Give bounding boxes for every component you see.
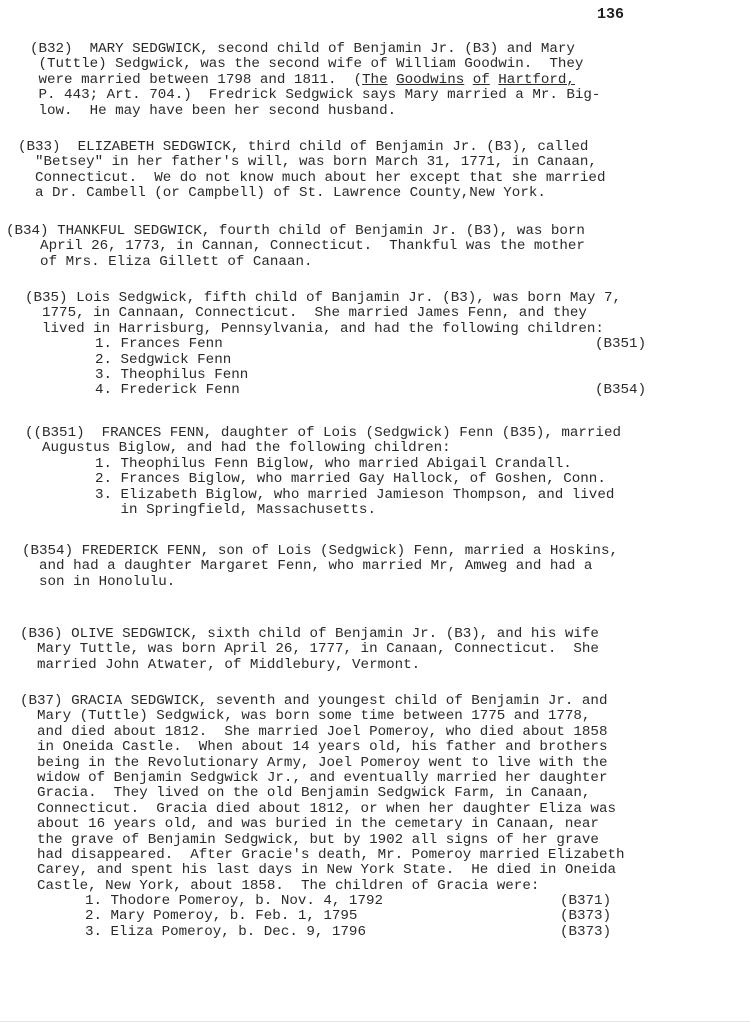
text-line: (B33) ELIZABETH SEDGWICK, third child of… — [18, 140, 605, 155]
text-line: (Tuttle) Sedgwick, was the second wife o… — [30, 57, 750, 72]
child-name: 1. Thodore Pomeroy, b. Nov. 4, 1792 — [85, 893, 383, 909]
text-line: being in the Revolutionary Army, Joel Po… — [20, 756, 625, 771]
text-line: a Dr. Cambell (or Campbell) of St. Lawre… — [18, 186, 605, 201]
text-line: (B354) FREDERICK FENN, son of Lois (Sedg… — [22, 544, 618, 559]
child-list-item: 3. Eliza Pomeroy, b. Dec. 9, 1796(B373) — [20, 925, 625, 940]
text-line: low. He may have been her second husband… — [30, 104, 750, 119]
text-line: Connecticut. We do not know much about h… — [18, 171, 605, 186]
entry-b34: (B34) THANKFUL SEDGWICK, fourth child of… — [6, 224, 585, 270]
entry-b32: (B32) MARY SEDGWICK, second child of Ben… — [30, 42, 750, 119]
text-line: married John Atwater, of Middlebury, Ver… — [20, 658, 599, 673]
child-list-item: 2. Frances Biglow, who married Gay Hallo… — [25, 472, 621, 487]
citation-title-word: of — [473, 72, 490, 88]
text-line: the grave of Benjamin Sedgwick, but by 1… — [20, 833, 625, 848]
entry-b351: ((B351) FRANCES FENN, daughter of Lois (… — [25, 426, 621, 518]
entry-b35: (B35) Lois Sedgwick, fifth child of Banj… — [25, 291, 621, 399]
entry-b37: (B37) GRACIA SEDGWICK, seventh and young… — [20, 694, 625, 940]
text-line: in Oneida Castle. When about 14 years ol… — [20, 740, 625, 755]
citation-title-word: Hartford, — [498, 72, 575, 88]
text-line: widow of Benjamin Sedgwick Jr., and even… — [20, 771, 625, 786]
child-list-item: 4. Frederick Fenn(B354) — [25, 383, 621, 398]
text-line: Mary (Tuttle) Sedgwick, was born some ti… — [20, 709, 625, 724]
text-line: Connecticut. Gracia died about 1812, or … — [20, 802, 625, 817]
text-line: (B35) Lois Sedgwick, fifth child of Banj… — [25, 291, 621, 306]
child-list-item: 3. Elizabeth Biglow, who married Jamieso… — [25, 488, 621, 503]
child-reference-code: (B371) — [560, 894, 611, 909]
citation-title-word: The — [362, 72, 388, 88]
text-line: Mary Tuttle, was born April 26, 1777, in… — [20, 642, 599, 657]
text-line: of Mrs. Eliza Gillett of Canaan. — [6, 255, 585, 270]
text-line: Carey, and spent his last days in New Yo… — [20, 863, 625, 878]
text-line: "Betsey" in her father's will, was born … — [18, 155, 605, 170]
child-name: 2. Frances Biglow, who married Gay Hallo… — [95, 471, 606, 487]
entry-b354: (B354) FREDERICK FENN, son of Lois (Sedg… — [22, 544, 618, 590]
child-name: 2. Sedgwick Fenn — [95, 352, 231, 368]
text-line: (B32) MARY SEDGWICK, second child of Ben… — [30, 42, 750, 57]
text-line: 1775, in Cannaan, Connecticut. She marri… — [25, 306, 621, 321]
page-number: 136 — [597, 6, 624, 23]
child-list-item: 1. Frances Fenn(B351) — [25, 337, 621, 352]
child-name: 3. Theophilus Fenn — [95, 367, 248, 383]
child-name: in Springfield, Massachusetts. — [95, 502, 376, 518]
child-reference-code: (B373) — [560, 925, 611, 940]
text-line: and had a daughter Margaret Fenn, who ma… — [22, 559, 618, 574]
child-name: 3. Eliza Pomeroy, b. Dec. 9, 1796 — [85, 924, 366, 940]
child-list-item: 3. Theophilus Fenn — [25, 368, 621, 383]
child-name: 1. Frances Fenn — [95, 336, 223, 352]
child-list-item: 1. Theophilus Fenn Biglow, who married A… — [25, 457, 621, 472]
text-line: P. 443; Art. 704.) Fredrick Sedgwick say… — [30, 88, 750, 103]
text-line: had disappeared. After Gracie's death, M… — [20, 848, 625, 863]
text-line: Augustus Biglow, and had the following c… — [25, 441, 621, 456]
child-name: 4. Frederick Fenn — [95, 382, 240, 398]
text-line: Gracia. They lived on the old Benjamin S… — [20, 786, 625, 801]
child-list-item: in Springfield, Massachusetts. — [25, 503, 621, 518]
text-line: lived in Harrisburg, Pennsylvania, and h… — [25, 322, 621, 337]
document-page: 136 (B32) MARY SEDGWICK, second child of… — [0, 0, 750, 1025]
text-line: about 16 years old, and was buried in th… — [20, 817, 625, 832]
text-line: Castle, New York, about 1858. The childr… — [20, 879, 625, 894]
entry-b36: (B36) OLIVE SEDGWICK, sixth child of Ben… — [20, 627, 599, 673]
child-reference-code: (B373) — [560, 909, 611, 924]
text-line: April 26, 1773, in Cannan, Connecticut. … — [6, 239, 585, 254]
entry-b33: (B33) ELIZABETH SEDGWICK, third child of… — [18, 140, 605, 202]
child-list-item: 1. Thodore Pomeroy, b. Nov. 4, 1792(B371… — [20, 894, 625, 909]
citation-title-word: Goodwins — [396, 72, 464, 88]
text-line: ((B351) FRANCES FENN, daughter of Lois (… — [25, 426, 621, 441]
child-reference-code: (B351) — [595, 337, 646, 352]
text-line: (B36) OLIVE SEDGWICK, sixth child of Ben… — [20, 627, 599, 642]
page-bottom-edge — [0, 1021, 750, 1022]
child-name: 3. Elizabeth Biglow, who married Jamieso… — [95, 487, 614, 503]
child-name: 1. Theophilus Fenn Biglow, who married A… — [95, 456, 572, 472]
child-name: 2. Mary Pomeroy, b. Feb. 1, 1795 — [85, 908, 357, 924]
child-list-item: 2. Sedgwick Fenn — [25, 353, 621, 368]
text-line: were married between 1798 and 1811. (The… — [30, 73, 750, 88]
text-line: (B37) GRACIA SEDGWICK, seventh and young… — [20, 694, 625, 709]
text-line: (B34) THANKFUL SEDGWICK, fourth child of… — [6, 224, 585, 239]
child-list-item: 2. Mary Pomeroy, b. Feb. 1, 1795(B373) — [20, 909, 625, 924]
child-reference-code: (B354) — [595, 383, 646, 398]
text-line: and died about 1812. She married Joel Po… — [20, 725, 625, 740]
text-line: son in Honolulu. — [22, 575, 618, 590]
